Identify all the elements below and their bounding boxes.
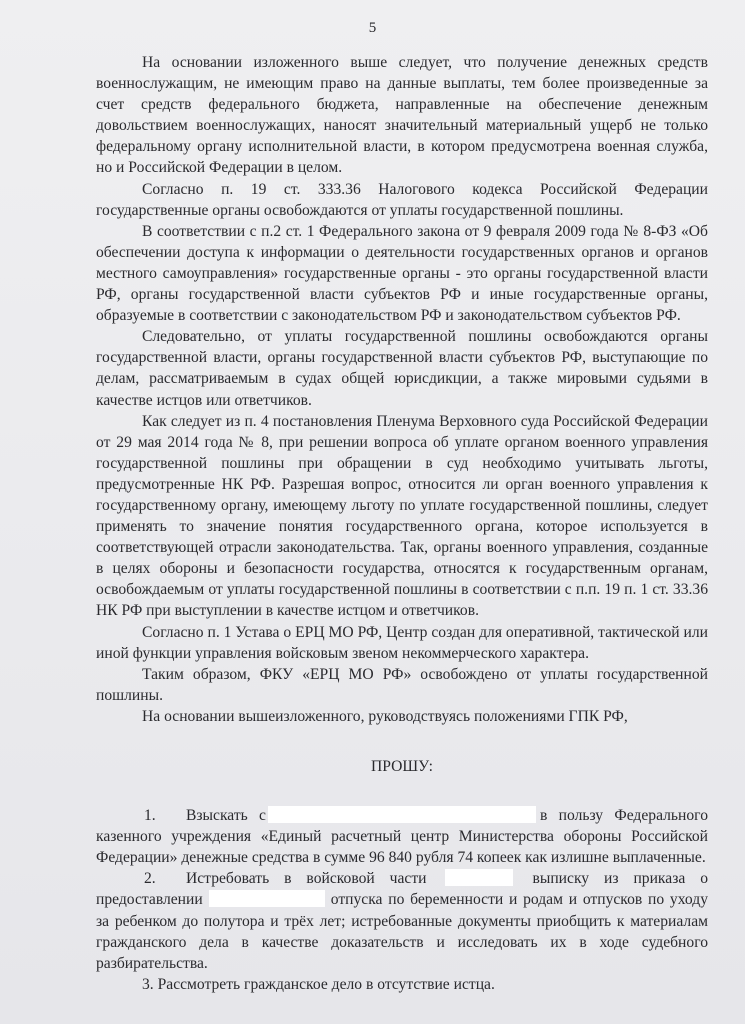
- paragraph: Следовательно, от уплаты государственной…: [96, 326, 708, 410]
- request-item-3: 3. Рассмотреть гражданское дело в отсутс…: [96, 974, 708, 995]
- paragraph: Согласно п. 19 ст. 333.36 Налогового код…: [96, 179, 708, 221]
- request-text: Рассмотреть гражданское дело в отсутстви…: [158, 976, 495, 993]
- request-item-2: 2.Истребовать в войсковой частивыписку и…: [96, 868, 708, 973]
- request-number: 3.: [142, 976, 154, 993]
- paragraph: Как следует из п. 4 постановления Пленум…: [96, 411, 708, 622]
- paragraph: На основании вышеизложенного, руководств…: [96, 706, 708, 727]
- paragraph: На основании изложенного выше следует, ч…: [96, 52, 708, 179]
- paragraph: В соответствии с п.2 ст. 1 Федерального …: [96, 221, 708, 326]
- redaction-box: [268, 806, 536, 823]
- document-body: На основании изложенного выше следует, ч…: [96, 52, 708, 995]
- redaction-box: [445, 869, 513, 886]
- request-number: 2.: [144, 868, 186, 889]
- request-number: 1.: [144, 805, 186, 826]
- document-page: 5 На основании изложенного выше следует,…: [0, 0, 745, 1024]
- page-number: 5: [0, 20, 745, 37]
- request-item-1: 1.Взыскать св пользу Федерального казенн…: [96, 805, 708, 868]
- redaction-box: [209, 890, 325, 907]
- request-text: Взыскать с: [186, 807, 266, 824]
- paragraph: Согласно п. 1 Устава о ЕРЦ МО РФ, Центр …: [96, 622, 708, 664]
- paragraph: Таким образом, ФКУ «ЕРЦ МО РФ» освобожде…: [96, 664, 708, 706]
- request-text: Истребовать в войсковой части: [186, 870, 427, 887]
- request-heading: ПРОШУ:: [96, 756, 708, 777]
